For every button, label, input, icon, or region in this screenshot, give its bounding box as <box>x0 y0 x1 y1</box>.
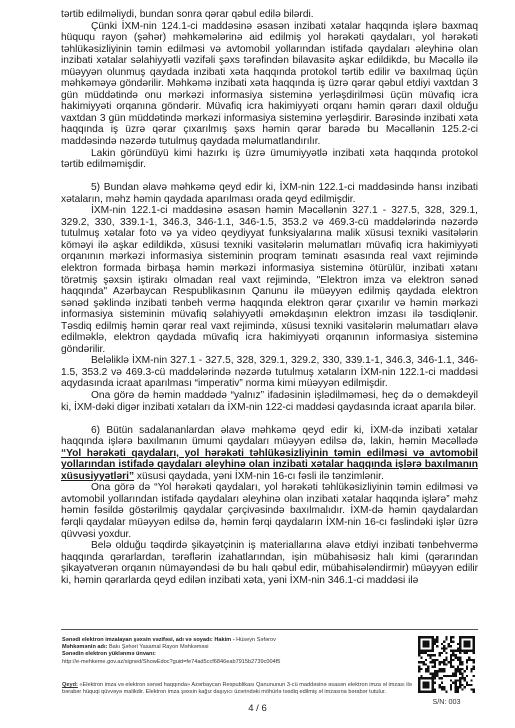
section-number: 6) <box>91 425 106 436</box>
note-text: «Elektron imza və elektron sənəd haqqınd… <box>62 682 412 695</box>
paragraph: Belə olduğu təqdirdə şikayətçinin iş mat… <box>61 540 478 586</box>
paragraph-text: xüsusi qaydada, yəni İXM-nin 16-cı fəsli… <box>134 471 384 482</box>
paragraph: Çünki İXM-nin 124.1-ci maddəsinə əsasən … <box>61 21 478 148</box>
signature-block: Sənədi elektron imzalayan şəxsin vəzifəs… <box>62 637 412 666</box>
paragraph: tərtib edilməliydi, bundan sonra qərar q… <box>61 9 478 21</box>
court-name: Bakı Şəhəri Yasamal Rayon Məhkəməsi <box>109 644 209 650</box>
court-label: Məhkəmənin adı: <box>62 644 107 650</box>
paragraph: Ona görə də həmin maddədə “yalnız” ifadə… <box>61 390 478 413</box>
paragraph: Lakin göründüyü kimi hazırkı iş üzrə ümu… <box>61 148 478 171</box>
address-label-row: Sənədin elektron yüklənmə ünvanı: <box>62 651 412 658</box>
qr-code-icon <box>418 636 475 693</box>
address-url[interactable]: http://e-mehkeme.gov.az/signed/ShowEdoc?… <box>62 659 412 666</box>
signer-name: Hüseyn Səfərov <box>236 637 276 643</box>
signer-label: Sənədi elektron imzalayan şəxsin vəzifəs… <box>62 637 213 643</box>
paragraph-text: Bütün sadalananlardan əlavə məhkəmə qeyd… <box>61 425 478 448</box>
paragraph-section-6: 6) Bütün sadalananlardan əlavə məhkəmə q… <box>61 425 478 483</box>
address-label: Sənədin elektron yüklənmə ünvanı: <box>62 651 156 657</box>
document-body: tərtib edilməliydi, bundan sonra qərar q… <box>61 9 478 586</box>
signer-role: Hakim - <box>214 637 234 643</box>
court-row: Məhkəmənin adı: Bakı Şəhəri Yasamal Rayo… <box>62 644 412 651</box>
paragraph-section-5: 5) Bundan əlavə məhkəmə qeyd edir ki, İX… <box>61 182 478 205</box>
paragraph: Beləliklə İXM-nin 327.1 - 327.5, 328, 32… <box>61 355 478 390</box>
legal-note: Qeyd: «Elektron imza və elektron sənəd h… <box>62 682 417 696</box>
paragraph: Ona görə də “Yol hərəkəti qaydaları, yol… <box>61 482 478 540</box>
paragraph: İXM-nin 122.1-ci maddəsinə əsasən həmin … <box>61 205 478 355</box>
signer-row: Sənədi elektron imzalayan şəxsin vəzifəs… <box>62 637 412 644</box>
note-label: Qeyd: <box>62 682 78 688</box>
serial-number: S/N: 003 <box>418 697 475 706</box>
footer-divider <box>61 629 478 630</box>
